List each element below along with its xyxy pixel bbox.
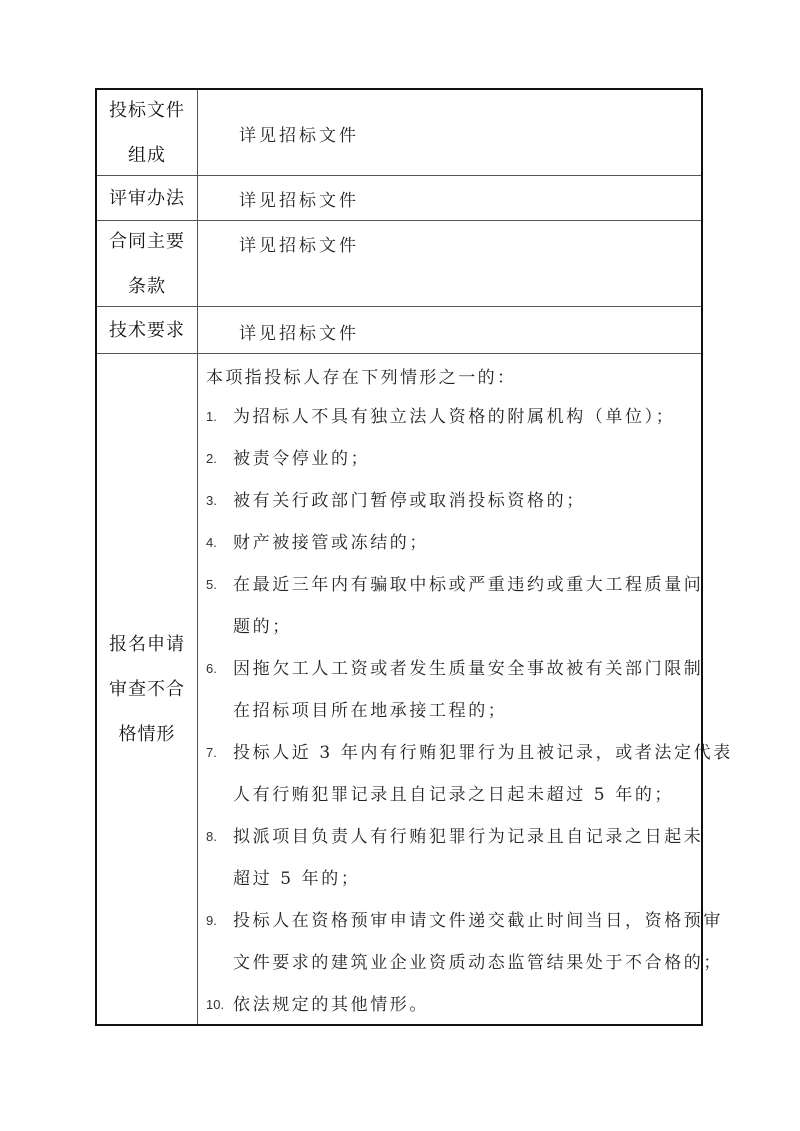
row-label: 投标文件 组成 <box>107 88 187 178</box>
item-text: 在最近三年内有骗取中标或严重违约或重大工程质量问 题的； <box>233 564 703 648</box>
item-number: 8. <box>206 816 233 900</box>
list-item: 3. 被有关行政部门暂停或取消投标资格的； <box>206 480 695 522</box>
label-line: 报名申请 <box>107 622 187 667</box>
table-row-technical-requirements: 技术要求 详见招标文件 <box>97 307 701 354</box>
item-line: 文件要求的建筑业企业资质动态监管结果处于不合格的； <box>233 942 723 984</box>
disqualification-list: 本项指投标人存在下列情形之一的： 1. 为招标人不具有独立法人资格的附属机构（单… <box>206 360 695 1026</box>
row-value: 详见招标文件 <box>239 319 359 344</box>
item-number: 4. <box>206 522 233 564</box>
item-line: 依法规定的其他情形。 <box>233 984 695 1026</box>
item-text: 拟派项目负责人有行贿犯罪行为记录且自记录之日起未 超过 5 年的； <box>233 816 703 900</box>
item-line: 在最近三年内有骗取中标或严重违约或重大工程质量问 <box>233 564 703 606</box>
item-number: 5. <box>206 564 233 648</box>
row-value: 详见招标文件 <box>239 231 359 256</box>
table-row-bid-documents: 投标文件 组成 详见招标文件 <box>97 90 701 176</box>
item-line: 拟派项目负责人有行贿犯罪行为记录且自记录之日起未 <box>233 816 703 858</box>
item-line: 人有行贿犯罪记录且自记录之日起未超过 5 年的； <box>233 774 733 816</box>
row-value: 详见招标文件 <box>239 121 359 146</box>
row-value-cell: 详见招标文件 <box>198 90 701 175</box>
item-text: 因拖欠工人工资或者发生质量安全事故被有关部门限制 在招标项目所在地承接工程的； <box>233 648 703 732</box>
list-item: 9. 投标人在资格预审申请文件递交截止时间当日，资格预审 文件要求的建筑业企业资… <box>206 900 695 984</box>
item-number: 9. <box>206 900 233 984</box>
table-row-contract-terms: 合同主要 条款 详见招标文件 <box>97 221 701 307</box>
row-label-cell: 评审办法 <box>97 176 198 220</box>
label-line: 技术要求 <box>107 308 187 353</box>
row-label: 技术要求 <box>107 308 187 353</box>
item-line: 财产被接管或冻结的； <box>233 522 695 564</box>
item-text: 被有关行政部门暂停或取消投标资格的； <box>233 480 695 522</box>
item-text: 投标人在资格预审申请文件递交截止时间当日，资格预审 文件要求的建筑业企业资质动态… <box>233 900 723 984</box>
item-line: 在招标项目所在地承接工程的； <box>233 690 703 732</box>
item-text: 财产被接管或冻结的； <box>233 522 695 564</box>
requirements-table: 投标文件 组成 详见招标文件 评审办法 详见招标文件 合同主要 条款 详见招标文… <box>95 88 703 1026</box>
item-number: 10. <box>206 984 233 1026</box>
row-value-cell: 详见招标文件 <box>198 307 701 353</box>
row-value-cell: 本项指投标人存在下列情形之一的： 1. 为招标人不具有独立法人资格的附属机构（单… <box>198 354 701 1024</box>
label-line: 合同主要 <box>107 219 187 264</box>
table-row-evaluation-method: 评审办法 详见招标文件 <box>97 176 701 221</box>
item-number: 3. <box>206 480 233 522</box>
label-line: 投标文件 <box>107 88 187 133</box>
list-item: 2. 被责令停业的； <box>206 438 695 480</box>
row-label-cell: 合同主要 条款 <box>97 221 198 306</box>
item-text: 投标人近 3 年内有行贿犯罪行为且被记录，或者法定代表 人有行贿犯罪记录且自记录… <box>233 732 733 816</box>
table-row-disqualification-conditions: 报名申请 审查不合 格情形 本项指投标人存在下列情形之一的： 1. 为招标人不具… <box>97 354 701 1024</box>
item-number: 2. <box>206 438 233 480</box>
item-line: 超过 5 年的； <box>233 858 703 900</box>
row-label-cell: 技术要求 <box>97 307 198 353</box>
item-line: 为招标人不具有独立法人资格的附属机构（单位）； <box>233 396 695 438</box>
row-label-cell: 报名申请 审查不合 格情形 <box>97 354 198 1024</box>
label-line: 格情形 <box>107 712 187 757</box>
list-item: 1. 为招标人不具有独立法人资格的附属机构（单位）； <box>206 396 695 438</box>
label-line: 组成 <box>107 133 187 178</box>
item-line: 题的； <box>233 606 703 648</box>
list-item: 10. 依法规定的其他情形。 <box>206 984 695 1026</box>
item-text: 依法规定的其他情形。 <box>233 984 695 1026</box>
list-intro: 本项指投标人存在下列情形之一的： <box>206 360 695 396</box>
item-text: 被责令停业的； <box>233 438 695 480</box>
label-line: 条款 <box>107 264 187 309</box>
row-label: 评审办法 <box>107 176 187 221</box>
item-number: 1. <box>206 396 233 438</box>
list-item: 8. 拟派项目负责人有行贿犯罪行为记录且自记录之日起未 超过 5 年的； <box>206 816 695 900</box>
item-number: 7. <box>206 732 233 816</box>
item-line: 投标人近 3 年内有行贿犯罪行为且被记录，或者法定代表 <box>233 732 733 774</box>
row-label: 合同主要 条款 <box>107 219 187 309</box>
item-line: 被有关行政部门暂停或取消投标资格的； <box>233 480 695 522</box>
row-value-cell: 详见招标文件 <box>198 176 701 220</box>
item-line: 因拖欠工人工资或者发生质量安全事故被有关部门限制 <box>233 648 703 690</box>
row-value: 详见招标文件 <box>239 186 359 211</box>
row-label-cell: 投标文件 组成 <box>97 90 198 175</box>
item-line: 投标人在资格预审申请文件递交截止时间当日，资格预审 <box>233 900 723 942</box>
label-line: 评审办法 <box>107 176 187 221</box>
item-text: 为招标人不具有独立法人资格的附属机构（单位）； <box>233 396 695 438</box>
item-line: 被责令停业的； <box>233 438 695 480</box>
list-item: 5. 在最近三年内有骗取中标或严重违约或重大工程质量问 题的； <box>206 564 695 648</box>
list-item: 7. 投标人近 3 年内有行贿犯罪行为且被记录，或者法定代表 人有行贿犯罪记录且… <box>206 732 695 816</box>
item-number: 6. <box>206 648 233 732</box>
row-value-cell: 详见招标文件 <box>198 221 701 306</box>
row-label: 报名申请 审查不合 格情形 <box>107 622 187 757</box>
list-item: 6. 因拖欠工人工资或者发生质量安全事故被有关部门限制 在招标项目所在地承接工程… <box>206 648 695 732</box>
list-item: 4. 财产被接管或冻结的； <box>206 522 695 564</box>
label-line: 审查不合 <box>107 667 187 712</box>
